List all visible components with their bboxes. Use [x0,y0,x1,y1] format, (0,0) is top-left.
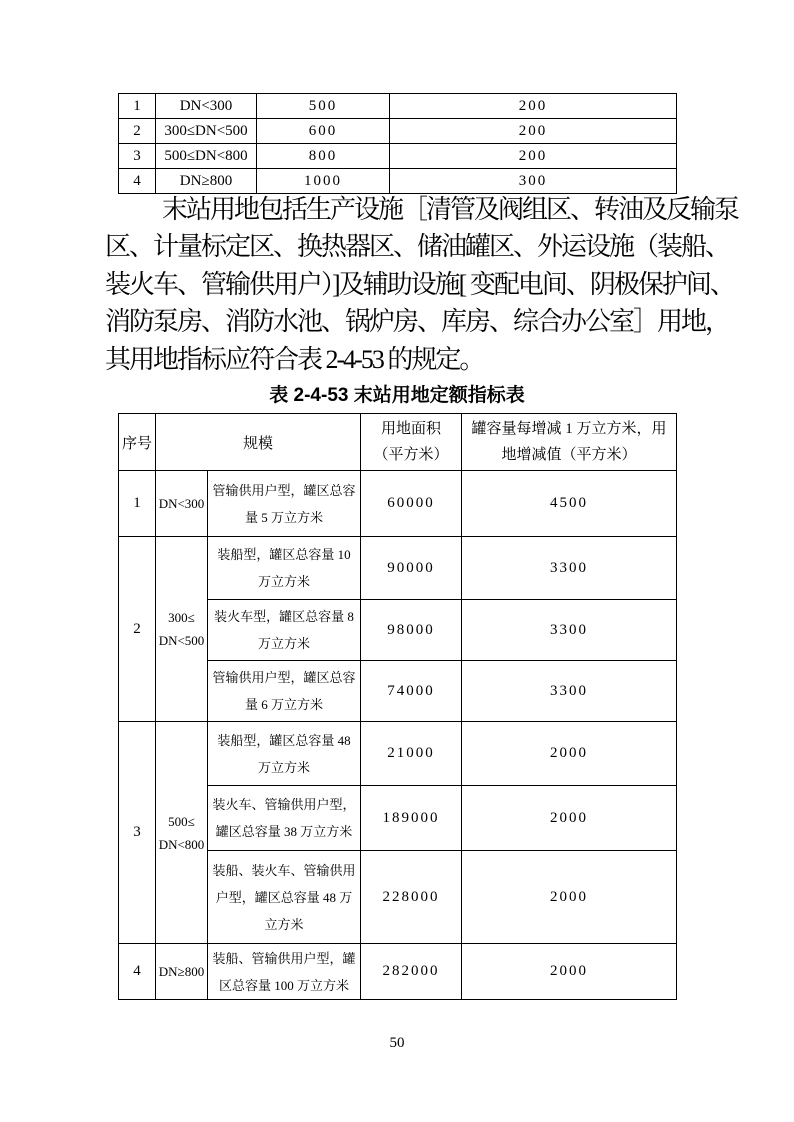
upper-table: 1 DN<300 500 200 2 300≤DN<500 600 200 3 … [118,93,677,194]
area-cell: 21000 [361,722,462,786]
table-row: 2 300≤DN<500 600 200 [119,119,677,144]
type-description-cell: 装船型，罐区总容量 48 万立方米 [208,722,361,786]
row-number-cell: 2 [119,119,156,144]
header-area: 用地面积 （平方米） [361,414,462,471]
area-cell: 90000 [361,537,462,600]
header-area-line1: 用地面积 [361,416,461,442]
description-line: 装火车型，罐区总容量 8 [208,603,360,630]
type-description-cell: 管输供用户型，罐区总容 量 6 万立方米 [208,661,361,722]
type-description-cell: 装火车、管输供用户型， 罐区总容量 38 万立方米 [208,786,361,851]
description-line: 装船型，罐区总容量 10 [208,541,360,568]
row-number-cell: 3 [119,144,156,169]
type-description-cell: 装船型，罐区总容量 10 万立方米 [208,537,361,600]
scale-cell: DN<300 [156,94,257,119]
dn-range-cell: DN≥800 [156,944,208,1000]
type-description-cell: 管输供用户型，罐区总容 量 5 万立方米 [208,471,361,537]
value-cell: 200 [390,144,677,169]
header-scale: 规模 [156,414,361,471]
row-number-cell: 1 [119,94,156,119]
delta-cell: 3300 [462,537,677,600]
page-number: 50 [0,1035,794,1052]
table-row: 2 300≤ DN<500 装船型，罐区总容量 10 万立方米 90000 33… [119,537,677,600]
type-description-cell: 装船、管输供用户型，罐 区总容量 100 万立方米 [208,944,361,1000]
description-line: 装船、装火车、管输供用 [208,857,360,884]
delta-cell: 3300 [462,661,677,722]
area-cell: 60000 [361,471,462,537]
header-area-line2: （平方米） [361,442,461,468]
delta-cell: 2000 [462,851,677,944]
description-line: 万立方米 [208,630,360,657]
header-delta-line2: 地增减值（平方米） [462,442,676,468]
dn-range-line: 300≤ [156,606,207,629]
dn-range-line: DN<800 [156,833,207,856]
description-line: 装船、管输供用户型，罐 [208,945,360,972]
quota-table: 序号 规模 用地面积 （平方米） 罐容量每增减 1 万立方米，用 地增减值（平方… [118,413,677,1000]
paragraph-line: 消防泵房、消防水池、锅炉房、库房、综合办公室］用地， [105,303,725,340]
paragraph-line: 装火车、管输供用户）]及辅助设施[ 变配电间、阴极保护间、 [105,266,725,303]
table-header-row: 序号 规模 用地面积 （平方米） 罐容量每增减 1 万立方米，用 地增减值（平方… [119,414,677,471]
table-row: 4 DN≥800 装船、管输供用户型，罐 区总容量 100 万立方米 28200… [119,944,677,1000]
table-row: 3 500≤ DN<800 装船型，罐区总容量 48 万立方米 21000 20… [119,722,677,786]
paragraph-line: 末站用地包括生产设施［清管及阀组区、转油及反输泵 [105,191,725,228]
description-line: 户型，罐区总容量 48 万 [208,884,360,911]
delta-cell: 2000 [462,944,677,1000]
description-line: 管输供用户型，罐区总容 [208,477,360,504]
type-description-cell: 装火车型，罐区总容量 8 万立方米 [208,600,361,661]
header-delta-line1: 罐容量每增减 1 万立方米，用 [462,416,676,442]
header-no: 序号 [119,414,156,471]
dn-range-line: DN<500 [156,629,207,652]
description-line: 万立方米 [208,568,360,595]
value-cell: 300 [390,169,677,194]
paragraph-line: 其用地指标应符合表 2-4-53 的规定。 [105,341,725,378]
area-cell: 228000 [361,851,462,944]
value-cell: 500 [257,94,390,119]
description-line: 装火车、管输供用户型， [208,791,360,818]
header-delta: 罐容量每增减 1 万立方米，用 地增减值（平方米） [462,414,677,471]
description-line: 量 6 万立方米 [208,691,360,718]
value-cell: 800 [257,144,390,169]
delta-cell: 4500 [462,471,677,537]
area-cell: 98000 [361,600,462,661]
value-cell: 1000 [257,169,390,194]
delta-cell: 2000 [462,786,677,851]
table-caption: 表 2-4-53 末站用地定额指标表 [118,384,676,408]
delta-cell: 2000 [462,722,677,786]
table-row: 3 500≤DN<800 800 200 [119,144,677,169]
area-cell: 189000 [361,786,462,851]
dn-range-cell: 300≤ DN<500 [156,537,208,722]
scale-cell: 300≤DN<500 [156,119,257,144]
body-paragraph: 末站用地包括生产设施［清管及阀组区、转油及反输泵 区、计量标定区、换热器区、储油… [105,191,725,378]
scale-cell: DN≥800 [156,169,257,194]
document-page: 1 DN<300 500 200 2 300≤DN<500 600 200 3 … [0,0,794,1122]
description-line: 万立方米 [208,754,360,781]
value-cell: 200 [390,119,677,144]
table-row: 4 DN≥800 1000 300 [119,169,677,194]
description-line: 管输供用户型，罐区总容 [208,664,360,691]
value-cell: 200 [390,94,677,119]
row-number-cell: 1 [119,471,156,537]
row-number-cell: 4 [119,944,156,1000]
description-line: 罐区总容量 38 万立方米 [208,818,360,845]
row-number-cell: 2 [119,537,156,722]
dn-range-line: 500≤ [156,810,207,833]
table-row: 1 DN<300 管输供用户型，罐区总容 量 5 万立方米 60000 4500 [119,471,677,537]
row-number-cell: 3 [119,722,156,944]
value-cell: 600 [257,119,390,144]
type-description-cell: 装船、装火车、管输供用 户型，罐区总容量 48 万 立方米 [208,851,361,944]
area-cell: 74000 [361,661,462,722]
description-line: 立方米 [208,911,360,938]
table-row: 1 DN<300 500 200 [119,94,677,119]
delta-cell: 3300 [462,600,677,661]
scale-cell: 500≤DN<800 [156,144,257,169]
description-line: 装船型，罐区总容量 48 [208,727,360,754]
row-number-cell: 4 [119,169,156,194]
paragraph-line: 区、计量标定区、换热器区、储油罐区、外运设施（装船、 [105,228,725,265]
description-line: 量 5 万立方米 [208,504,360,531]
area-cell: 282000 [361,944,462,1000]
dn-range-cell: DN<300 [156,471,208,537]
dn-range-cell: 500≤ DN<800 [156,722,208,944]
description-line: 区总容量 100 万立方米 [208,972,360,999]
